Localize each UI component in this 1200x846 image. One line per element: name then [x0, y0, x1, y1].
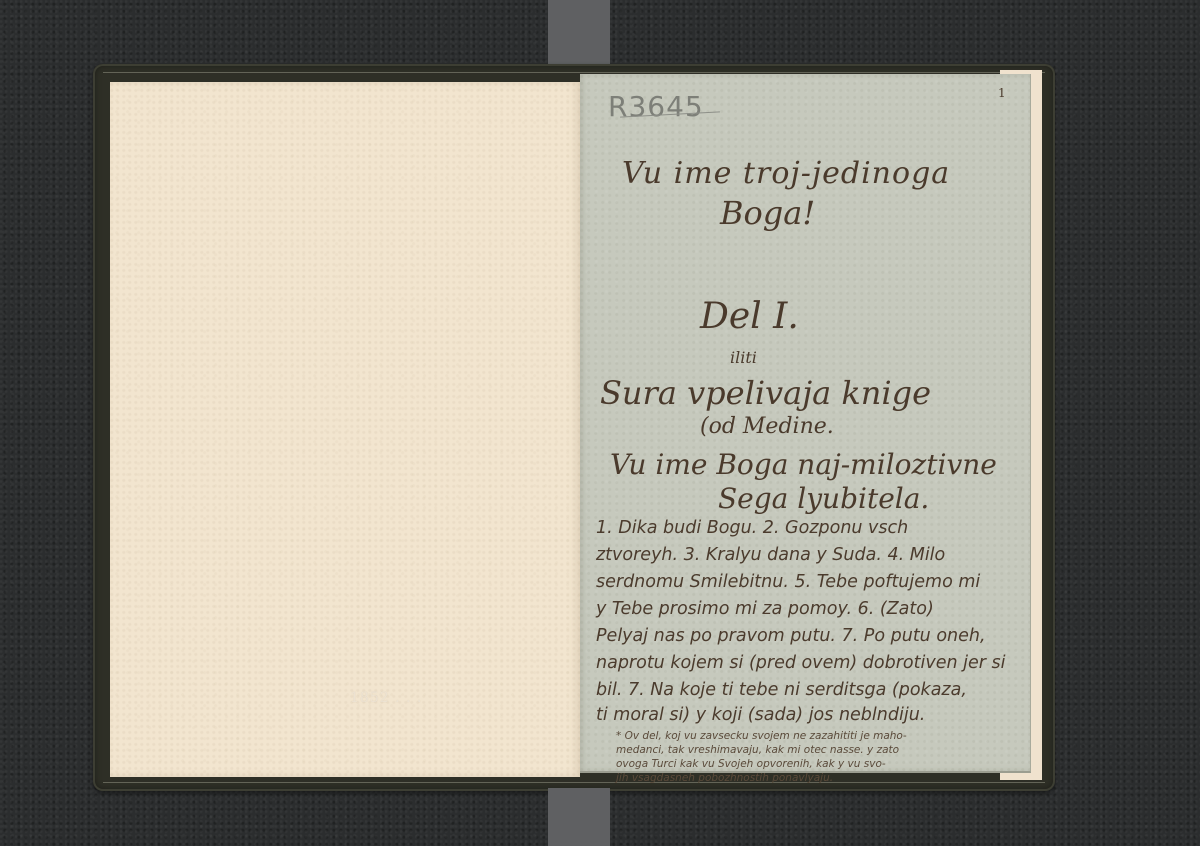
- verse-line: ztvoreyh. 3. Kralyu dana y Suda. 4. Milo: [596, 545, 945, 565]
- verse-line: naprotu kojem si (pred ovem) dobrotiven …: [596, 653, 1006, 673]
- invocation-line-1: Vu ime Boga naj-miloztivne: [610, 448, 997, 481]
- bookmark-ribbon-top: [548, 0, 610, 66]
- verse-line: 1. Dika budi Bogu. 2. Gozponu vsch: [596, 518, 908, 538]
- verse-line: ti moral si) y koji (sada) jos neblndiju…: [596, 705, 925, 725]
- footnote-line: medanci, tak vreshimavaju, kak mi otec n…: [616, 744, 899, 756]
- page-number: 1: [998, 86, 1006, 100]
- part-title: Del I.: [700, 296, 799, 337]
- part-connector: iliti: [730, 348, 757, 367]
- left-page-blank: 1852 . . .: [110, 82, 580, 777]
- footnote-line: * Ov del, koj vu zavsecku svojem ne zaza…: [616, 730, 907, 742]
- verse-line: y Tebe prosimo mi za pomoy. 6. (Zato): [596, 599, 934, 619]
- verse-line: Pelyaj nas po pravom putu. 7. Po putu on…: [596, 626, 986, 646]
- verse-line: serdnomu Smilebitnu. 5. Tebe poftujemo m…: [596, 572, 980, 592]
- cover-edge-line-top: [103, 72, 1045, 73]
- manuscript-page: R3645 1 Vu ime troj-jedinoga Boga! Del I…: [580, 74, 1031, 773]
- part-subtitle: Sura vpelivaja knige: [600, 374, 931, 412]
- heading-line-1: Vu ime troj-jedinoga: [622, 156, 950, 191]
- part-origin: (od Medine.: [700, 414, 834, 439]
- shelfmark: R3645: [608, 90, 704, 123]
- invocation-line-2: Sega lyubitela.: [718, 482, 929, 515]
- footnote-line: jih vsagdasneh pobozhnostih ponavlyaju.: [616, 772, 833, 784]
- verse-line: bil. 7. Na koje ti tebe ni serditsga (po…: [596, 680, 967, 700]
- bookmark-ribbon-bottom: [548, 788, 610, 846]
- heading-line-2: Boga!: [720, 194, 815, 232]
- embossed-stamp: 1852 . . .: [350, 690, 422, 706]
- footnote-line: ovoga Turci kak vu Svojeh opvorenih, kak…: [616, 758, 886, 770]
- cover-edge-line-bottom: [103, 782, 1045, 783]
